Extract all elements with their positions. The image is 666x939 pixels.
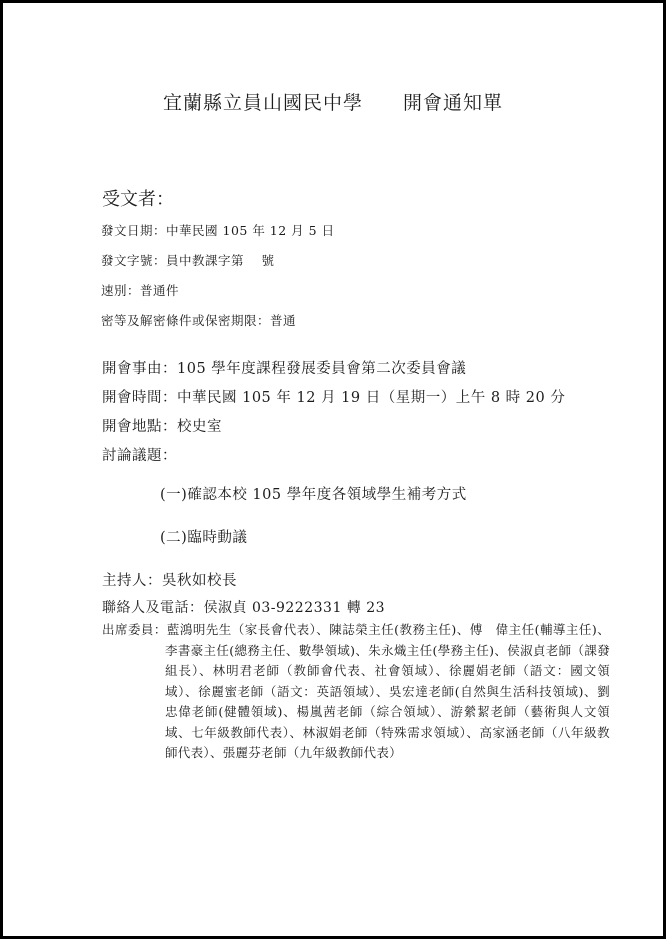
meeting-place-label: 開會地點： <box>102 419 177 435</box>
security-label: 密等及解密條件或保密期限： <box>101 313 270 328</box>
agenda-item-1: (一)確認本校 105 學年度各領域學生補考方式 <box>160 486 663 504</box>
priority-line: 速別：普通件 <box>101 283 663 298</box>
meeting-subject-value: 105 學年度課程發展委員會第二次委員會議 <box>177 361 466 377</box>
issue-date-label: 發文日期： <box>101 223 166 238</box>
meeting-time-value: 中華民國 105 年 12 月 19 日（星期一）上午 8 時 20 分 <box>177 390 565 406</box>
issue-date-line: 發文日期：中華民國 105 年 12 月 5 日 <box>101 223 663 238</box>
contact-label: 聯絡人及電話： <box>102 600 204 616</box>
recipient-line: 受文者： <box>102 189 663 211</box>
doc-number-label: 發文字號： <box>101 253 166 268</box>
meeting-time-label: 開會時間： <box>102 390 177 406</box>
recipient-label: 受文者： <box>102 189 174 210</box>
agenda-section: (一)確認本校 105 學年度各領域學生補考方式 (二)臨時動議 <box>160 486 663 547</box>
discussion-topics-label: 討論議題： <box>102 448 177 464</box>
doc-number-value: 員中教課字第 號 <box>166 253 274 268</box>
issuance-meta-section: 發文日期：中華民國 105 年 12 月 5 日 發文字號：員中教課字第 號 速… <box>101 223 663 328</box>
attendees-paragraph: 出席委員：藍鴻明先生（家長會代表）、陳誌榮主任(教務主任)、傅 偉主任(輔導主任… <box>102 620 610 764</box>
meeting-time-line: 開會時間：中華民國 105 年 12 月 19 日（星期一）上午 8 時 20 … <box>102 389 663 407</box>
contact-value: 侯淑貞 03-9222331 轉 23 <box>204 600 386 616</box>
issue-date-value: 中華民國 105 年 12 月 5 日 <box>166 223 335 238</box>
attendees-label: 出席委員： <box>102 622 167 637</box>
meeting-place-value: 校史室 <box>177 419 222 435</box>
priority-label: 速別： <box>101 283 140 298</box>
host-value: 吳秋如校長 <box>162 573 237 589</box>
security-value: 普通 <box>270 313 296 328</box>
meeting-subject-label: 開會事由： <box>102 361 177 377</box>
host-label: 主持人： <box>102 573 162 589</box>
discussion-topics-line: 討論議題： <box>102 447 663 465</box>
meeting-subject-line: 開會事由：105 學年度課程發展委員會第二次委員會議 <box>102 360 663 378</box>
doc-number-line: 發文字號：員中教課字第 號 <box>101 253 663 268</box>
host-line: 主持人：吳秋如校長 <box>102 572 663 590</box>
priority-value: 普通件 <box>140 283 179 298</box>
document-title: 宜蘭縣立員山國民中學 開會通知單 <box>3 92 663 115</box>
meeting-notice-page: 宜蘭縣立員山國民中學 開會通知單 受文者： 發文日期：中華民國 105 年 12… <box>0 0 666 939</box>
attendees-value: 藍鴻明先生（家長會代表）、陳誌榮主任(教務主任)、傅 偉主任(輔導主任)、李書豪… <box>165 622 610 760</box>
security-line: 密等及解密條件或保密期限：普通 <box>101 313 663 328</box>
contact-line: 聯絡人及電話：侯淑貞 03-9222331 轉 23 <box>102 599 663 617</box>
meeting-place-line: 開會地點：校史室 <box>102 418 663 436</box>
meeting-info-section: 開會事由：105 學年度課程發展委員會第二次委員會議 開會時間：中華民國 105… <box>102 360 663 465</box>
agenda-item-2: (二)臨時動議 <box>160 529 663 547</box>
